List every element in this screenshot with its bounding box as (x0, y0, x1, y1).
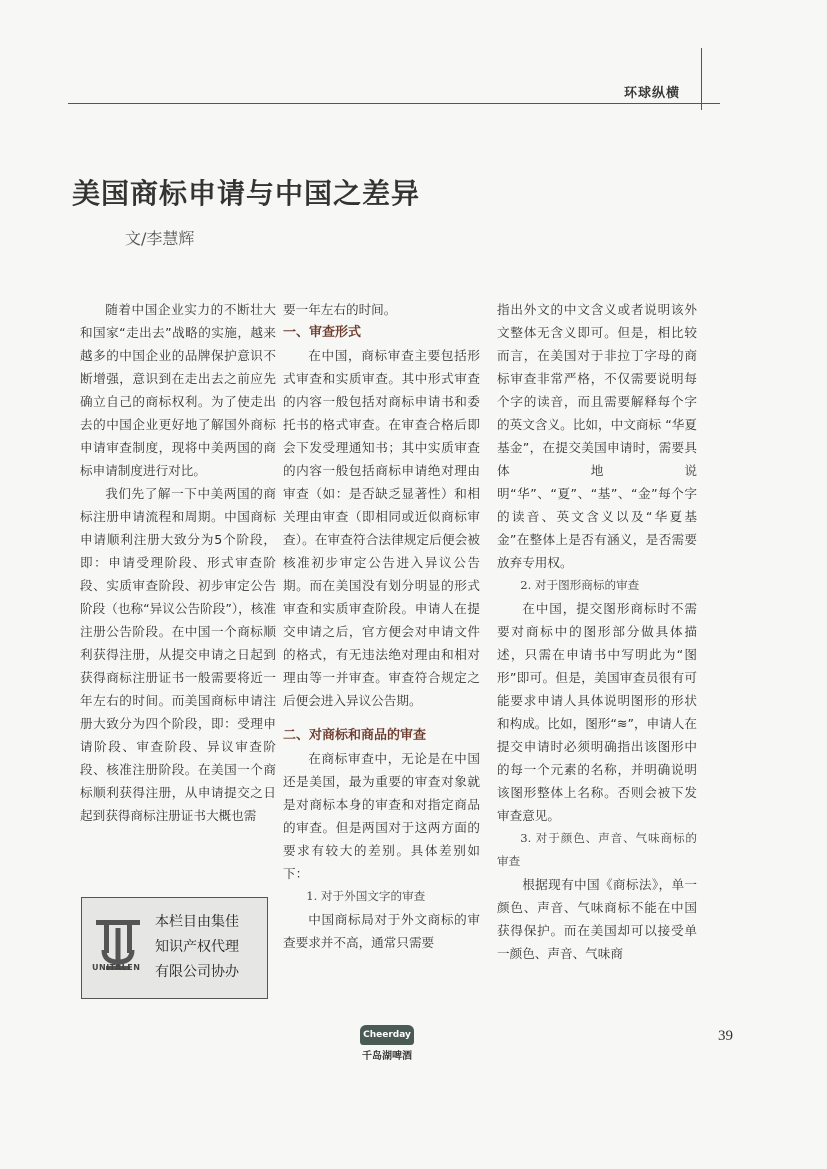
brand-badge: Cheerday (360, 1025, 414, 1045)
brand-name-cn: 千岛湖啤酒 (352, 1047, 422, 1062)
section-label: 环球纵横 (624, 82, 680, 101)
article-title: 美国商标申请与中国之差异 (72, 172, 420, 212)
paragraph: 根据现有中国《商标法》，单一颜色、声音、气味商标不能在中国获得保护。而在美国却可… (497, 873, 697, 965)
brand-logo: Cheerday 千岛湖啤酒 (352, 1025, 422, 1065)
subheading: 1. 对于外国文字的审查 (283, 885, 480, 908)
paragraph: 我们先了解一下中美两国的商标注册申请流程和周期。中国商标申请顺利注册大致分为5个… (80, 482, 276, 827)
paragraph: 要一年左右的时间。 (283, 298, 480, 321)
section-heading: 二、对商标和商品的审查 (283, 724, 480, 747)
column-3: 指出外文的中文含义或者说明该外文整体无含义即可。但是，相比较而言，在美国对于非拉… (497, 298, 697, 965)
page-number: 39 (718, 1028, 733, 1045)
paragraph: 在商标审查中，无论是在中国还是美国，最为重要的审查对象就是对商标本身的审查和对指… (283, 747, 480, 885)
paragraph: 在中国，提交图形商标时不需要对商标中的图形部分做具体描述，只需在申请书中写明此为… (497, 597, 697, 827)
byline: 文/李慧辉 (125, 226, 194, 249)
header-vertical-rule (701, 48, 702, 110)
section-heading: 一、审查形式 (283, 321, 480, 344)
paragraph: 中国商标局对于外文商标的审查要求并不高，通常只需要 (283, 908, 480, 954)
column-1: 随着中国企业实力的不断壮大和国家“走出去”战略的实施，越来越多的中国企业的品牌保… (80, 298, 276, 827)
paragraph: 随着中国企业实力的不断壮大和国家“走出去”战略的实施，越来越多的中国企业的品牌保… (80, 298, 276, 482)
logo-text: UNITALEN (92, 963, 140, 972)
paragraph: 指出外文的中文含义或者说明该外文整体无含义即可。但是，相比较而言，在美国对于非拉… (497, 298, 697, 574)
header-rule (68, 103, 720, 104)
subheading: 2. 对于图形商标的审查 (497, 574, 697, 597)
column-2: 要一年左右的时间。 一、审查形式 在中国，商标审查主要包括形式审查和实质审查。其… (283, 298, 480, 954)
subheading: 3. 对于颜色、声音、气味商标的审查 (497, 827, 697, 873)
paragraph: 在中国，商标审查主要包括形式审查和实质审查。其中形式审查的内容一般包括对商标申请… (283, 344, 480, 712)
sponsor-text: 本栏目由集佳 知识产权代理 有限公司协办 (155, 910, 239, 985)
sponsor-box: UNITALEN 本栏目由集佳 知识产权代理 有限公司协办 (81, 897, 268, 999)
